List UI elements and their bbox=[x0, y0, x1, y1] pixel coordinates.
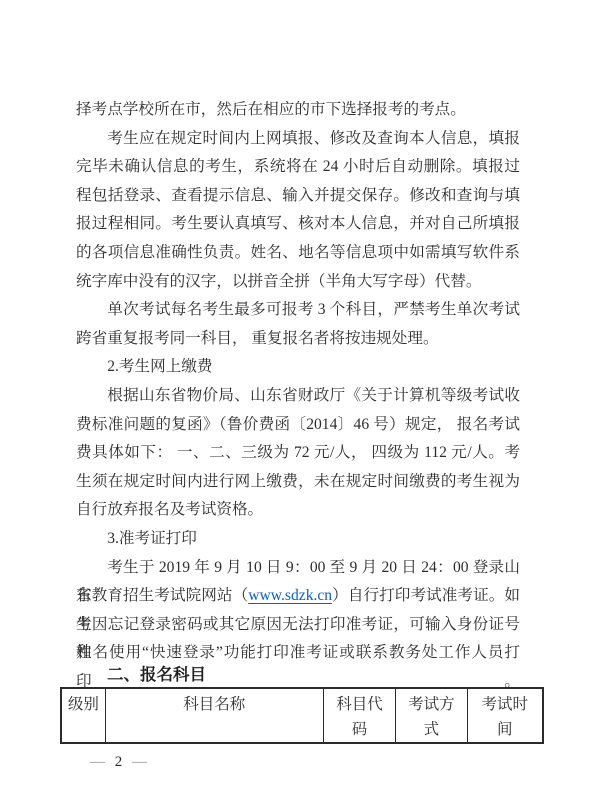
text-line: 的各项信息准确性负责。姓名、地名等信息项中如需填写软件系 bbox=[76, 239, 520, 268]
table-header-label: 考试方式 bbox=[406, 692, 456, 742]
text-segment: 统字库中没有的汉字，以拼音全拼（半角大写字母）代替。 bbox=[76, 273, 481, 290]
table-header-label: 科目代码 bbox=[335, 692, 385, 742]
page-number-dash-left: — bbox=[86, 754, 110, 770]
table-header-label: 级别 bbox=[62, 692, 105, 717]
text-segment: 2.考生网上缴费 bbox=[107, 358, 212, 375]
document-page: 择考点学校所在市，然后在相应的市下选择报考的考点。考生应在规定时间内上网填报、修… bbox=[0, 0, 592, 787]
table-header-cell: 科目代码 bbox=[324, 689, 396, 742]
text-line: 程包括登录、查看提示信息、输入并提交保存。修改和查询与填 bbox=[76, 182, 520, 211]
text-line: 2.考生网上缴费 bbox=[76, 353, 520, 382]
text-segment: 费标准问题的复函》（鲁价费函〔2014〕46 号）规定， 报名考试 bbox=[76, 416, 520, 433]
page-number-dash-right: — bbox=[128, 754, 152, 770]
website-link[interactable]: www.sdzk.cn bbox=[248, 587, 332, 604]
text-line: 单次考试每名考生最多可报考 3 个科目，严禁考生单次考试 bbox=[76, 296, 520, 325]
text-line: 报过程相同。考生要认真填写、核对本人信息，并对自己所填报 bbox=[76, 210, 520, 239]
text-line: 统字库中没有的汉字，以拼音全拼（半角大写字母）代替。 bbox=[76, 268, 520, 297]
body-text-block: 择考点学校所在市，然后在相应的市下选择报考的考点。考生应在规定时间内上网填报、修… bbox=[76, 96, 520, 668]
text-segment: 报过程相同。考生要认真填写、核对本人信息，并对自己所填报 bbox=[76, 215, 520, 232]
table-header-cell: 考试时间 bbox=[468, 689, 542, 742]
text-line: 生因忘记登录密码或其它原因无法打印准考证，可输入身份证号和 bbox=[76, 611, 520, 640]
page-number: — 2 — bbox=[86, 751, 152, 773]
table-header-cell: 科目名称 bbox=[106, 689, 324, 742]
text-line: 3.准考证打印 bbox=[76, 525, 520, 554]
text-segment: 费具体如下： 一、二、三级为 72 元/人， 四级为 112 元/人。考 bbox=[76, 444, 520, 461]
text-segment: 完毕未确认信息的考生，系统将在 24 小时后自动删除。填报过 bbox=[76, 158, 520, 175]
section-heading-registration-subjects: 二、报名科目 bbox=[76, 662, 520, 688]
text-line: 省教育招生考试院网站（www.sdzk.cn）自行打印考试准考证。如考 bbox=[76, 582, 520, 611]
text-segment: 择考点学校所在市，然后在相应的市下选择报考的考点。 bbox=[76, 101, 466, 118]
text-line: 费标准问题的复函》（鲁价费函〔2014〕46 号）规定， 报名考试 bbox=[76, 411, 520, 440]
text-segment: 程包括登录、查看提示信息、输入并提交保存。修改和查询与填 bbox=[76, 187, 520, 204]
text-line: 跨省重复报考同一科目， 重复报名者将按违规处理。 bbox=[76, 325, 520, 354]
text-segment: 根据山东省物价局、山东省财政厅《关于计算机等级考试收 bbox=[107, 387, 520, 404]
text-line: 择考点学校所在市，然后在相应的市下选择报考的考点。 bbox=[76, 96, 520, 125]
text-segment: 自行放弃报名及考试资格。 bbox=[76, 501, 263, 518]
text-segment: 单次考试每名考生最多可报考 3 个科目，严禁考生单次考试 bbox=[107, 301, 520, 318]
page-number-value: 2 bbox=[115, 754, 124, 770]
text-line: 生须在规定时间内进行网上缴费，未在规定时间缴费的考生视为 bbox=[76, 468, 520, 497]
text-segment: 生须在规定时间内进行网上缴费，未在规定时间缴费的考生视为 bbox=[76, 473, 520, 490]
subject-table: 级别科目名称科目代码考试方式考试时间 bbox=[60, 687, 544, 744]
text-line: 考生于 2019 年 9 月 10 日 9：00 至 9 月 20 日 24：0… bbox=[76, 554, 520, 583]
text-segment: 考生应在规定时间内上网填报、修改及查询本人信息，填报 bbox=[107, 130, 520, 147]
text-segment: 的各项信息准确性负责。姓名、地名等信息项中如需填写软件系 bbox=[76, 244, 520, 261]
text-line: 完毕未确认信息的考生，系统将在 24 小时后自动删除。填报过 bbox=[76, 153, 520, 182]
text-segment: 省教育招生考试院网站（ bbox=[76, 587, 248, 604]
text-line: 根据山东省物价局、山东省财政厅《关于计算机等级考试收 bbox=[76, 382, 520, 411]
table-header-label: 科目名称 bbox=[106, 692, 323, 717]
table-header-cell: 级别 bbox=[62, 689, 106, 742]
text-segment: 跨省重复报考同一科目， 重复报名者将按违规处理。 bbox=[76, 330, 439, 347]
table-header-label: 考试时间 bbox=[480, 692, 530, 742]
text-line: 考生应在规定时间内上网填报、修改及查询本人信息，填报 bbox=[76, 125, 520, 154]
text-line: 自行放弃报名及考试资格。 bbox=[76, 496, 520, 525]
text-line: 费具体如下： 一、二、三级为 72 元/人， 四级为 112 元/人。考 bbox=[76, 439, 520, 468]
text-segment: 3.准考证打印 bbox=[107, 530, 197, 547]
table-header-cell: 考试方式 bbox=[396, 689, 467, 742]
